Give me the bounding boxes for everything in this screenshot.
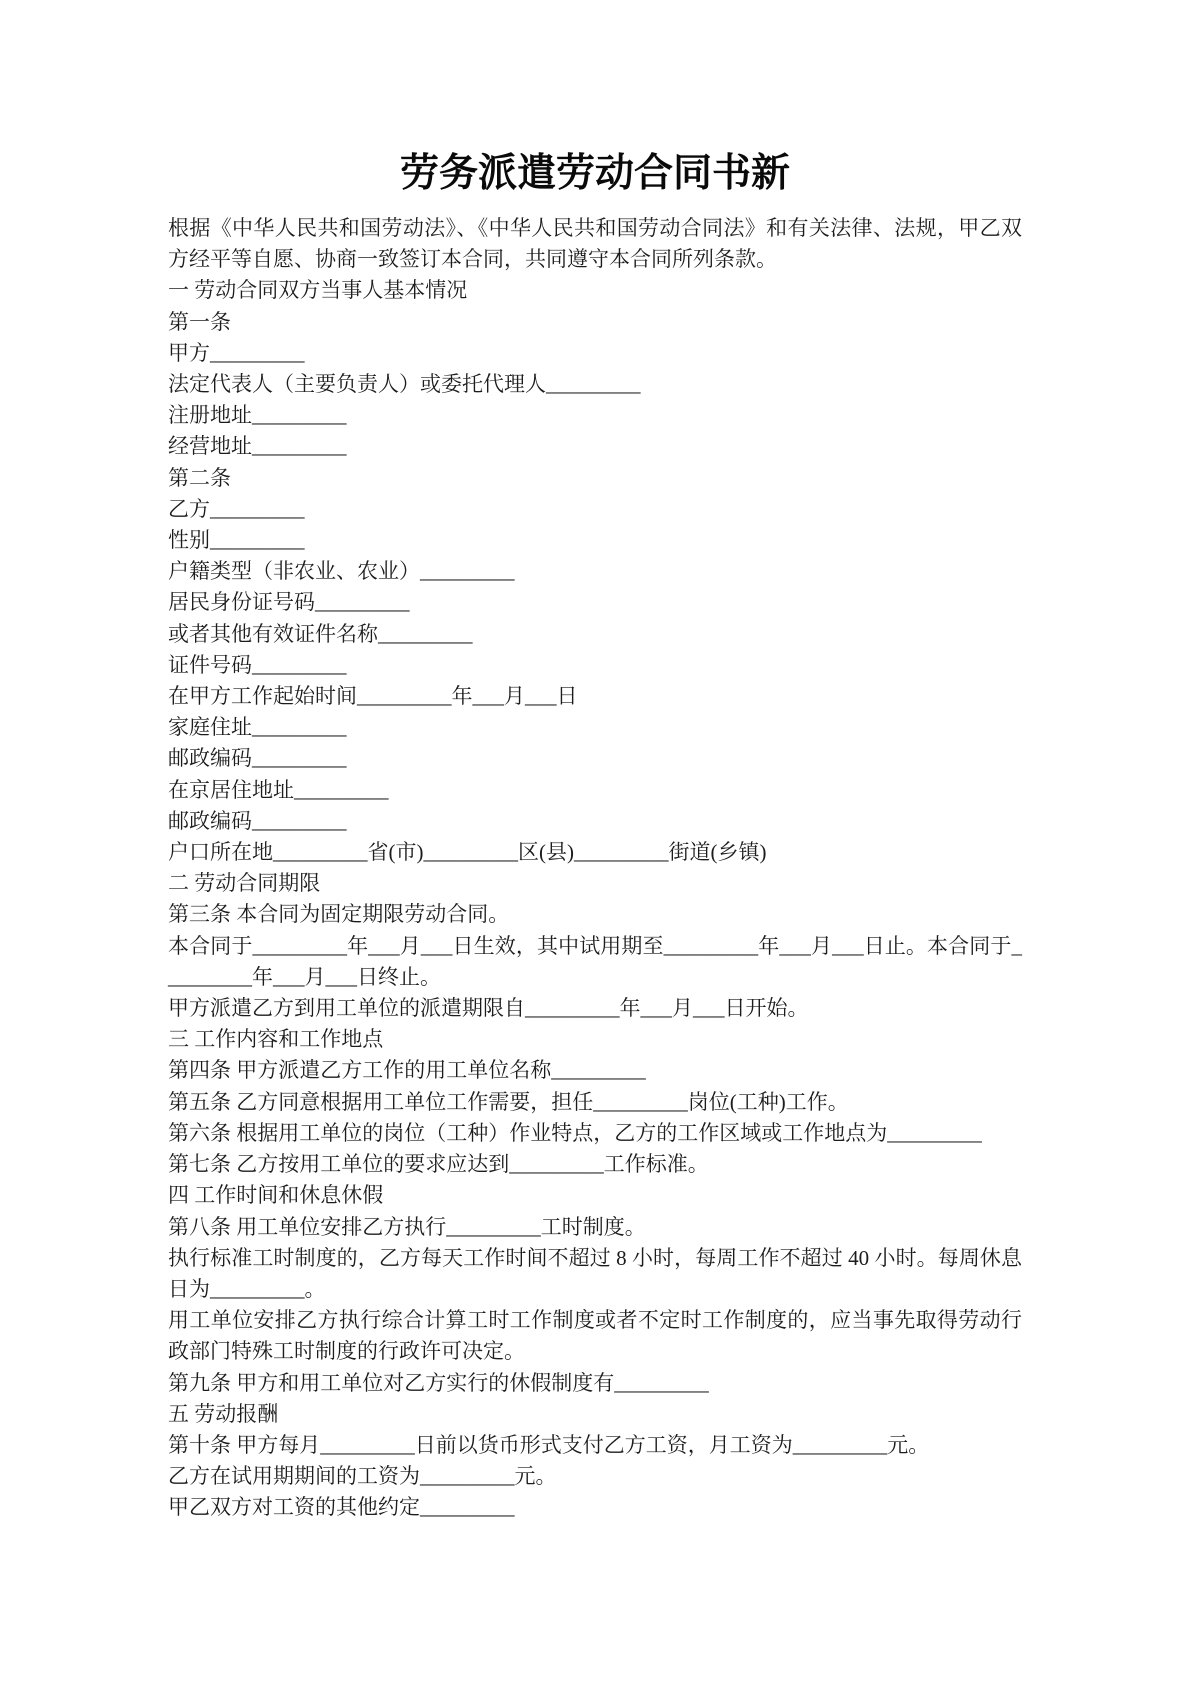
document-title: 劳务派遣劳动合同书新 xyxy=(168,150,1022,198)
clause-9: 第九条 甲方和用工单位对乙方实行的休假制度有_________ xyxy=(168,1368,1022,1399)
clause-7: 第七条 乙方按用工单位的要求应达到_________工作标准。 xyxy=(168,1149,1022,1180)
field-id-number: 居民身份证号码_________ xyxy=(168,587,1022,618)
field-household-type: 户籍类型（非农业、农业）_________ xyxy=(168,556,1022,587)
clause-4: 第四条 甲方派遣乙方工作的用工单位名称_________ xyxy=(168,1055,1022,1086)
intro-paragraph: 根据《中华人民共和国劳动法》、《中华人民共和国劳动合同法》和有关法律、法规，甲乙… xyxy=(168,213,1022,275)
field-party-b: 乙方_________ xyxy=(168,494,1022,525)
clause-3: 第三条 本合同为固定期限劳动合同。 xyxy=(168,899,1022,930)
field-business-address: 经营地址_________ xyxy=(168,431,1022,462)
field-other-certificate-name: 或者其他有效证件名称_________ xyxy=(168,619,1022,650)
clause-10: 第十条 甲方每月_________日前以货币形式支付乙方工资，月工资为_____… xyxy=(168,1430,1022,1461)
clause-5: 第五条 乙方同意根据用工单位工作需要，担任_________岗位(工种)工作。 xyxy=(168,1087,1022,1118)
clause-8-special-hours: 用工单位安排乙方执行综合计算工时工作制度或者不定时工作制度的，应当事先取得劳动行… xyxy=(168,1305,1022,1367)
clause-8-standard-hours: 执行标准工时制度的，乙方每天工作时间不超过 8 小时，每周工作不超过 40 小时… xyxy=(168,1243,1022,1305)
clause-3-dispatch-start: 甲方派遣乙方到用工单位的派遣期限自_________年___月___日开始。 xyxy=(168,993,1022,1024)
section-1-heading: 一 劳动合同双方当事人基本情况 xyxy=(168,275,1022,306)
field-household-registration-location: 户口所在地_________省(市)_________区(县)_________… xyxy=(168,837,1022,868)
field-home-address: 家庭住址_________ xyxy=(168,712,1022,743)
clause-6: 第六条 根据用工单位的岗位（工种）作业特点，乙方的工作区域或工作地点为_____… xyxy=(168,1118,1022,1149)
section-4-heading: 四 工作时间和休息休假 xyxy=(168,1180,1022,1211)
field-party-a: 甲方_________ xyxy=(168,338,1022,369)
field-work-start-date: 在甲方工作起始时间_________年___月___日 xyxy=(168,681,1022,712)
field-registered-address: 注册地址_________ xyxy=(168,400,1022,431)
document-body: 根据《中华人民共和国劳动法》、《中华人民共和国劳动合同法》和有关法律、法规，甲乙… xyxy=(168,213,1022,1524)
clause-10-probation-wage: 乙方在试用期期间的工资为_________元。 xyxy=(168,1461,1022,1492)
clause-2-heading: 第二条 xyxy=(168,463,1022,494)
clause-1-heading: 第一条 xyxy=(168,307,1022,338)
field-beijing-residence-address: 在京居住地址_________ xyxy=(168,775,1022,806)
clause-10-other-wage-agreements: 甲乙双方对工资的其他约定_________ xyxy=(168,1492,1022,1523)
clause-3-contract-term: 本合同于_________年___月___日生效，其中试用期至_________… xyxy=(168,931,1022,993)
field-postal-code-2: 邮政编码_________ xyxy=(168,806,1022,837)
clause-8: 第八条 用工单位安排乙方执行_________工时制度。 xyxy=(168,1212,1022,1243)
field-legal-representative: 法定代表人（主要负责人）或委托代理人_________ xyxy=(168,369,1022,400)
field-certificate-number: 证件号码_________ xyxy=(168,650,1022,681)
section-3-heading: 三 工作内容和工作地点 xyxy=(168,1024,1022,1055)
field-postal-code: 邮政编码_________ xyxy=(168,743,1022,774)
contract-document-page: 劳务派遣劳动合同书新 根据《中华人民共和国劳动法》、《中华人民共和国劳动合同法》… xyxy=(0,0,1190,1683)
field-gender: 性别_________ xyxy=(168,525,1022,556)
section-2-heading: 二 劳动合同期限 xyxy=(168,868,1022,899)
section-5-heading: 五 劳动报酬 xyxy=(168,1399,1022,1430)
